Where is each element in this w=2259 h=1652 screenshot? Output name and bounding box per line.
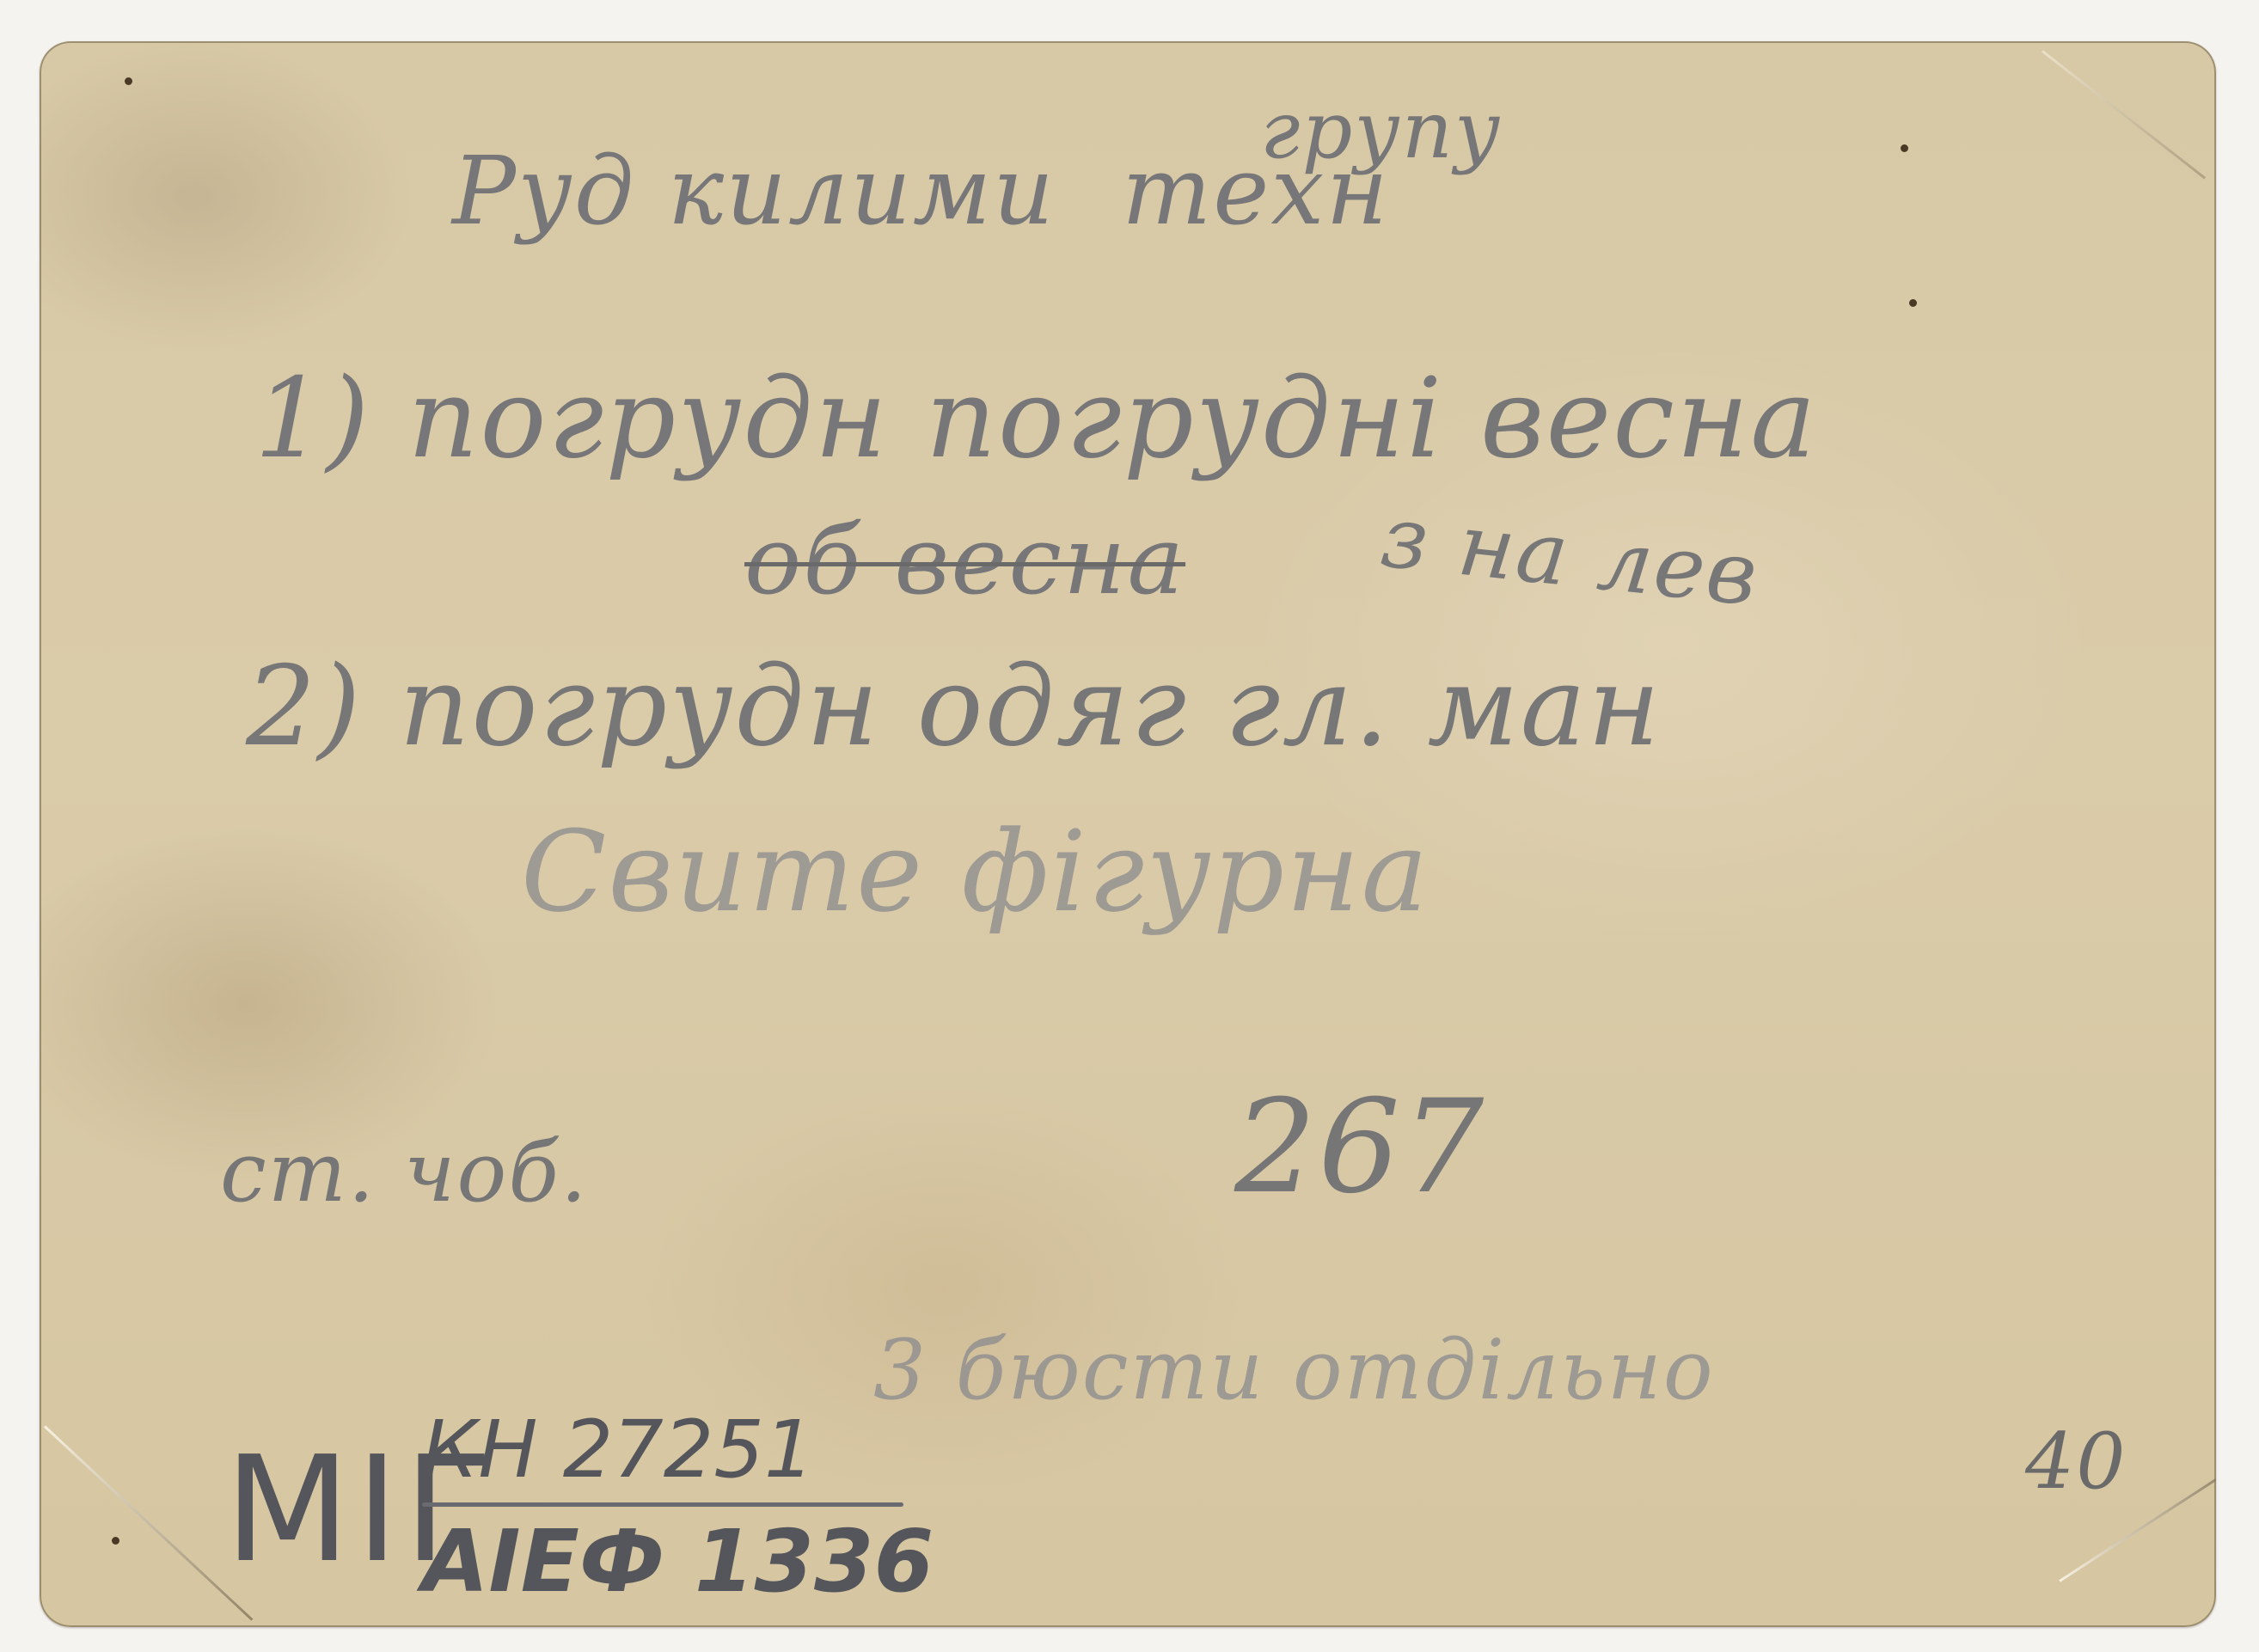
catalog-divider-rule <box>422 1502 903 1507</box>
inscription-item-2: 2) погрудн одяг гл. ман <box>246 643 1662 771</box>
inscription-item-1-struck: об весна <box>744 505 1185 615</box>
corner-crease-top-right <box>2042 50 2206 179</box>
paper-speck <box>1901 144 1908 152</box>
paper-speck <box>112 1537 119 1545</box>
inscription-item-2-line-2: Свите фігурна <box>521 806 1429 937</box>
inscription-item-1: 1) погрудн погрудні весна <box>254 355 1818 483</box>
paper-speck <box>125 77 132 85</box>
corner-number: 40 <box>2025 1416 2127 1507</box>
catalog-number-bottom: АІЕФ 1336 <box>422 1511 934 1612</box>
paper-speck <box>1909 299 1917 307</box>
inscription-note-left: ст. чоб. <box>220 1124 588 1221</box>
photo-card-reverse: Руд килими техн групу 1) погрудн погрудн… <box>40 41 2216 1627</box>
corner-crease-bottom-left <box>44 1425 253 1620</box>
inscription-note-bottom: 3 бюсти отдільно <box>873 1322 1715 1418</box>
inscription-item-1-tail: з на лев <box>1376 486 1763 625</box>
inscription-header-insert: групу <box>1260 84 1502 176</box>
header-text: Руд килими <box>452 136 1056 246</box>
catalog-number-top: КН 27251 <box>422 1404 814 1496</box>
scan-background: Руд килими техн групу 1) погрудн погрудн… <box>0 0 2259 1652</box>
inscription-header: Руд килими техн <box>452 136 1390 246</box>
inscription-number-mid: 267 <box>1234 1073 1485 1222</box>
